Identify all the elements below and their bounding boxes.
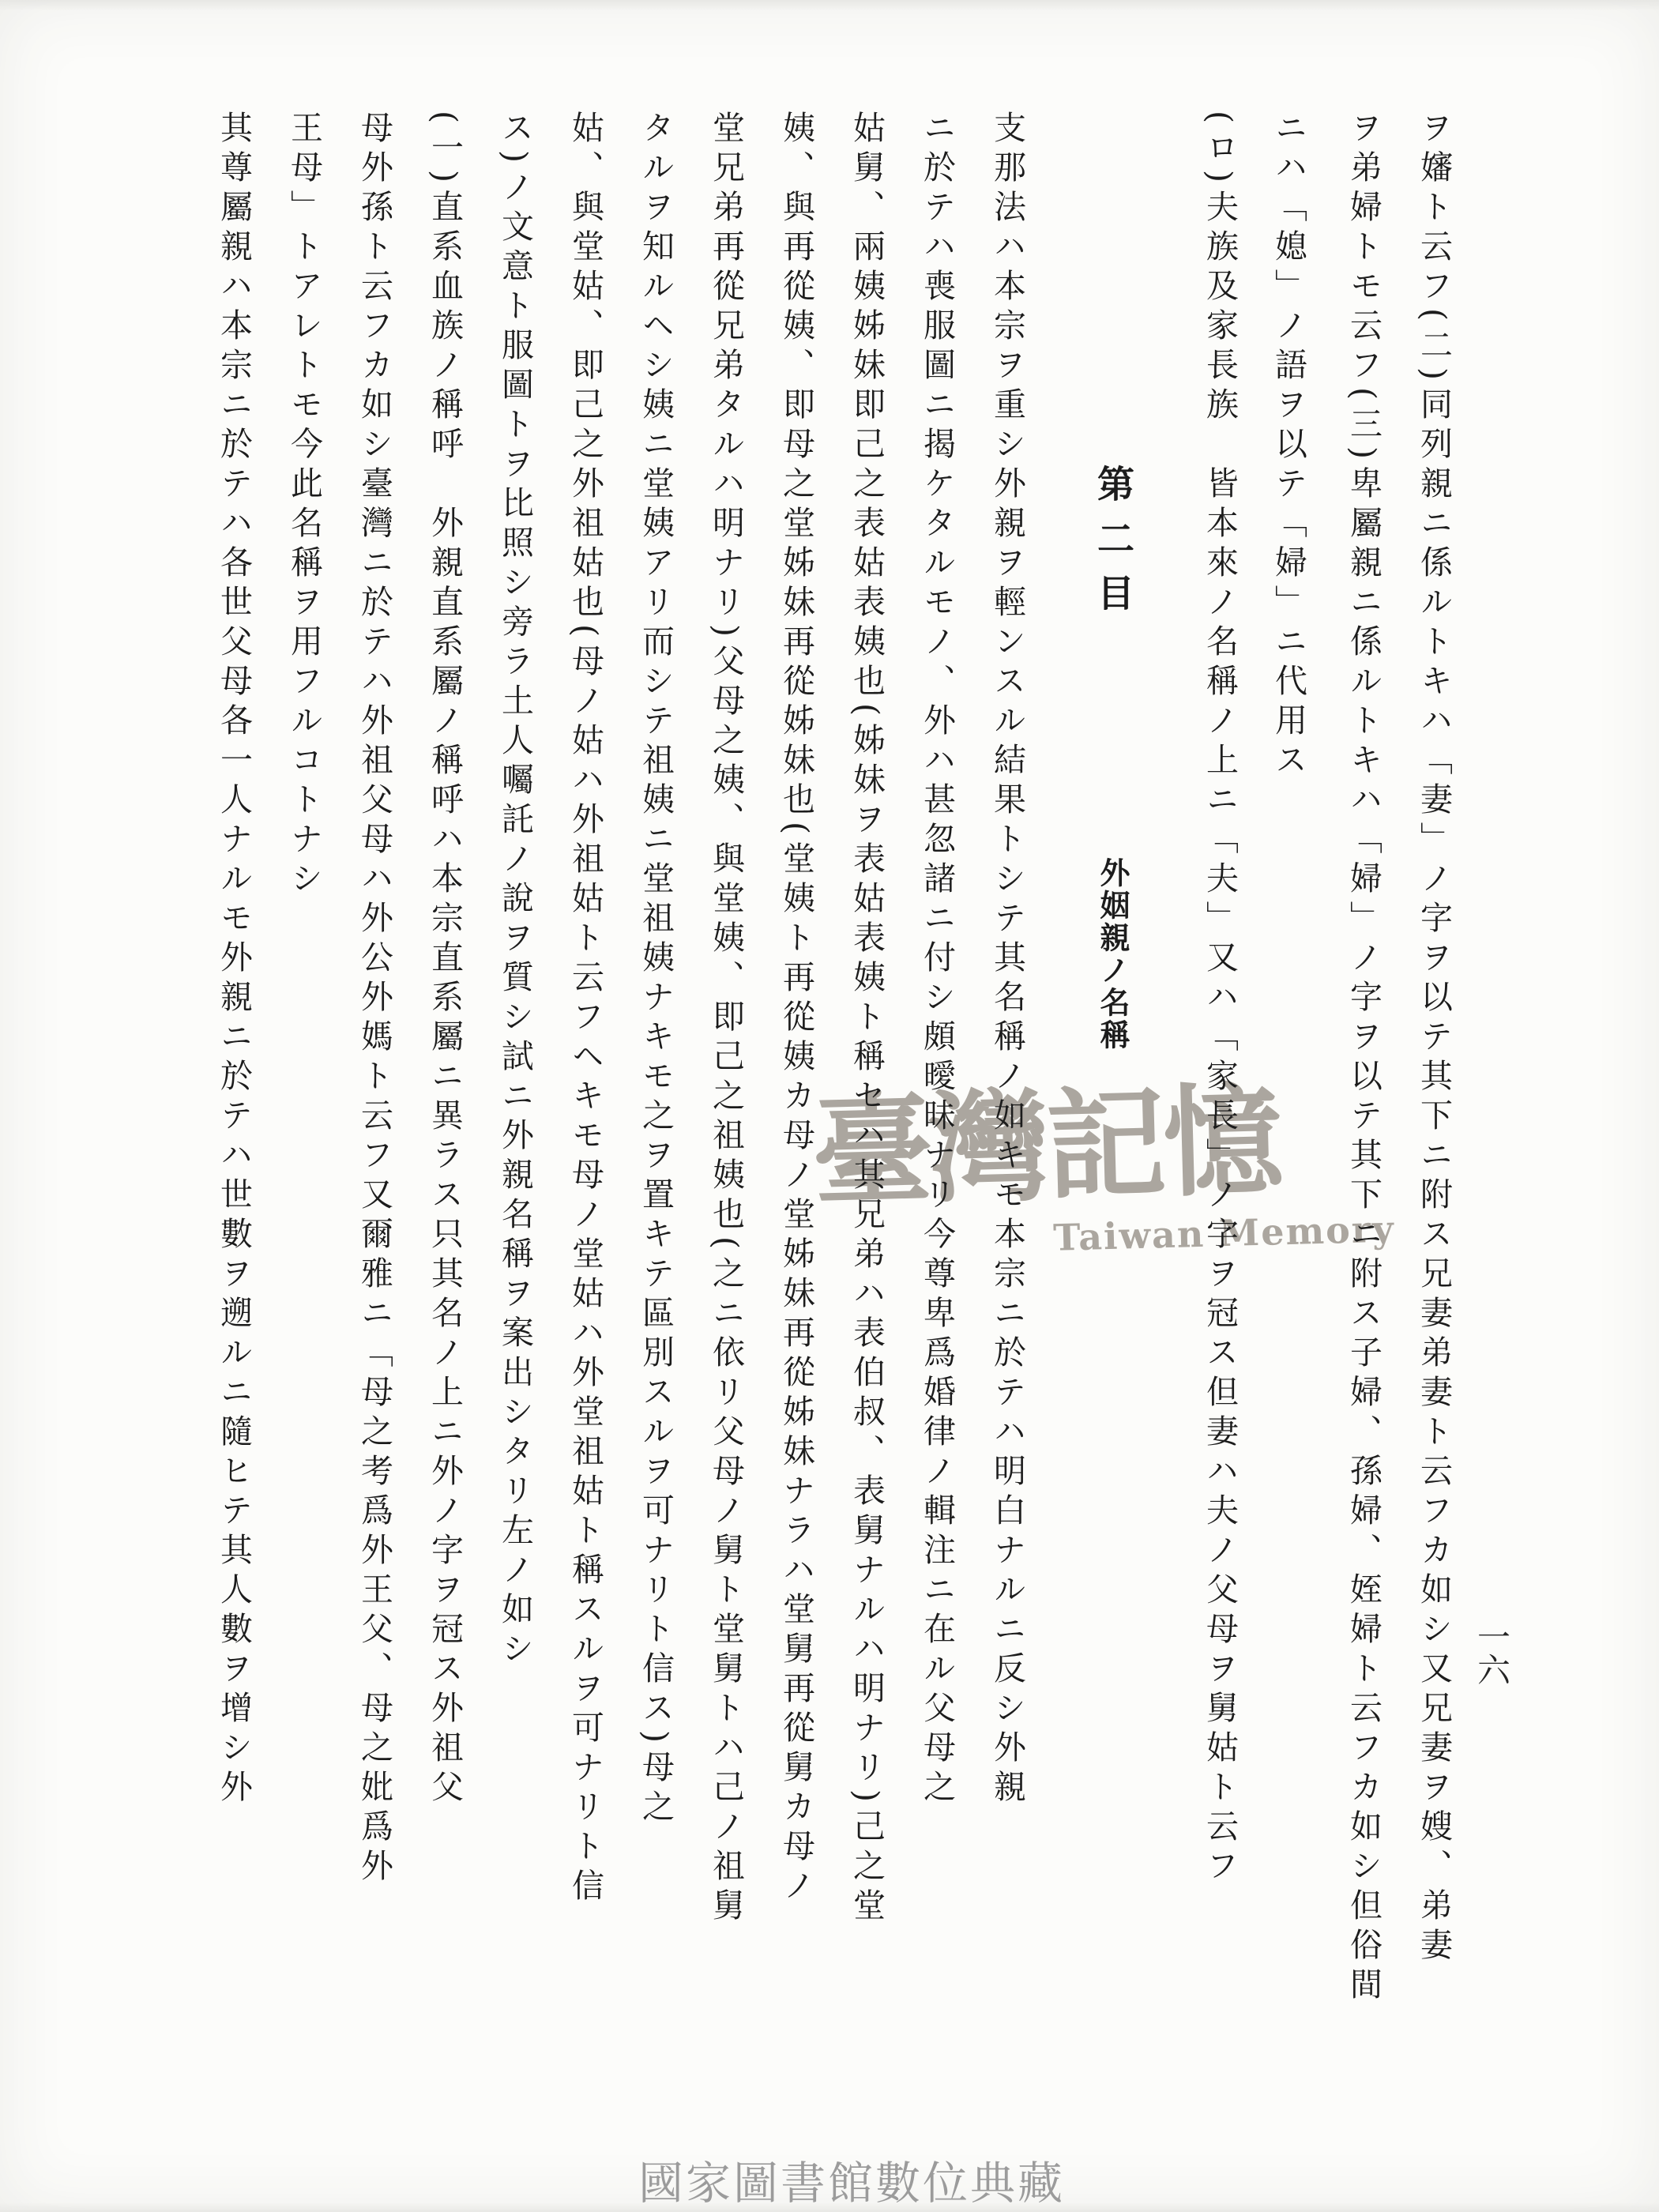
text-column-11: 姑、與堂姑、即己之外祖姑也(母ノ姑ハ外祖姑ト云フヘキモ母ノ堂姑ハ外堂祖姑ト稱スル… xyxy=(566,111,605,1908)
text-column-8: 姨、與再從姨、即母之堂姊妹再從姊妹也(堂姨ト再從姨カ母ノ堂姊妹再從姊妹ナラハ堂舅… xyxy=(777,111,816,1908)
archive-caption: 國家圖書館數位典藏 xyxy=(638,2147,1065,2212)
text-column-9: 堂兄弟再從兄弟タルハ明ナリ)父母之姨、與堂姨、即己之祖姨也(之ニ依リ父母ノ舅ト堂… xyxy=(706,111,746,1928)
text-column-15: 王母」トアレトモ今此名稱ヲ用フルコトナシ xyxy=(284,111,324,901)
text-column-12: ス)ノ文意ト服圖トヲ比照シ旁ラ土人囑託ノ說ヲ質シ試ニ外親名稱ヲ案出シタリ左ノ如シ xyxy=(495,111,535,1671)
text-column-4: (ロ)夫族及家長族 皆本來ノ名稱ノ上ニ「夫」又ハ「家長」ノ字ヲ冠ス但妻ハ夫ノ父母… xyxy=(1200,111,1240,1888)
text-column-16: 其尊屬親ハ本宗ニ於テハ各世父母各一人ナルモ外親ニ於テハ世數ヲ遡ルニ隨ヒテ其人數ヲ… xyxy=(214,111,254,1809)
section-heading: 第二目 外姻親ノ名稱 xyxy=(1078,465,1139,1051)
text-column-3: ニハ「媳」ノ語ヲ以テ「婦」ニ代用ス xyxy=(1269,111,1308,782)
section-heading-title: 外姻親ノ名稱 xyxy=(1095,857,1130,1051)
text-column-13: (一)直系血族ノ稱呼 外親直系屬ノ稱呼ハ本宗直系屬ニ異ラス只其名ノ上ニ外ノ字ヲ冠… xyxy=(425,111,465,1809)
text-column-5: 支那法ハ本宗ヲ重シ外親ヲ輕ンスル結果トシテ其名稱ノ如キモ本宗ニ於テハ明白ナルニ反… xyxy=(987,111,1027,1809)
text-column-1: ヲ嬸ト云フ(二)同列親ニ係ルトキハ「妻」ノ字ヲ以テ其下ニ附ス兄妻弟妻ト云フカ如シ… xyxy=(1414,111,1454,1967)
document-page: 臺灣記憶 Taiwan Memory ヲ嬸ト云フ(二)同列親ニ係ルトキハ「妻」ノ… xyxy=(0,0,1659,2212)
section-heading-number: 第二目 xyxy=(1091,465,1134,628)
text-column-14: 母外孫ト云フカ如シ臺灣ニ於テハ外祖父母ハ外公外媽ト云フ又爾雅ニ「母之考爲外王父、… xyxy=(355,111,394,1888)
text-column-7: 姑舅、兩姨姊妹即己之表姑表姨也(姊妹ヲ表姑表姨ト稱セハ其兄弟ハ表伯叔、表舅ナルハ… xyxy=(847,111,886,1928)
page-number: 一六 xyxy=(1474,1619,1515,1686)
text-column-10: タルヲ知ルヘシ姨ニ堂姨アリ而シテ祖姨ニ堂祖姨ナキモ之ヲ置キテ區別スルヲ可ナリト信… xyxy=(636,111,675,1829)
text-column-6: ニ於テハ喪服圖ニ揭ケタルモノ、外ハ甚忽諸ニ付シ頗曖昧ナリ今尊卑爲婚律ノ輯注ニ在ル… xyxy=(917,111,957,1809)
text-column-2: ヲ弟婦トモ云フ(三)卑屬親ニ係ルトキハ「婦」ノ字ヲ以テ其下ニ附ス子婦、孫婦、姪婦… xyxy=(1344,111,1383,2007)
